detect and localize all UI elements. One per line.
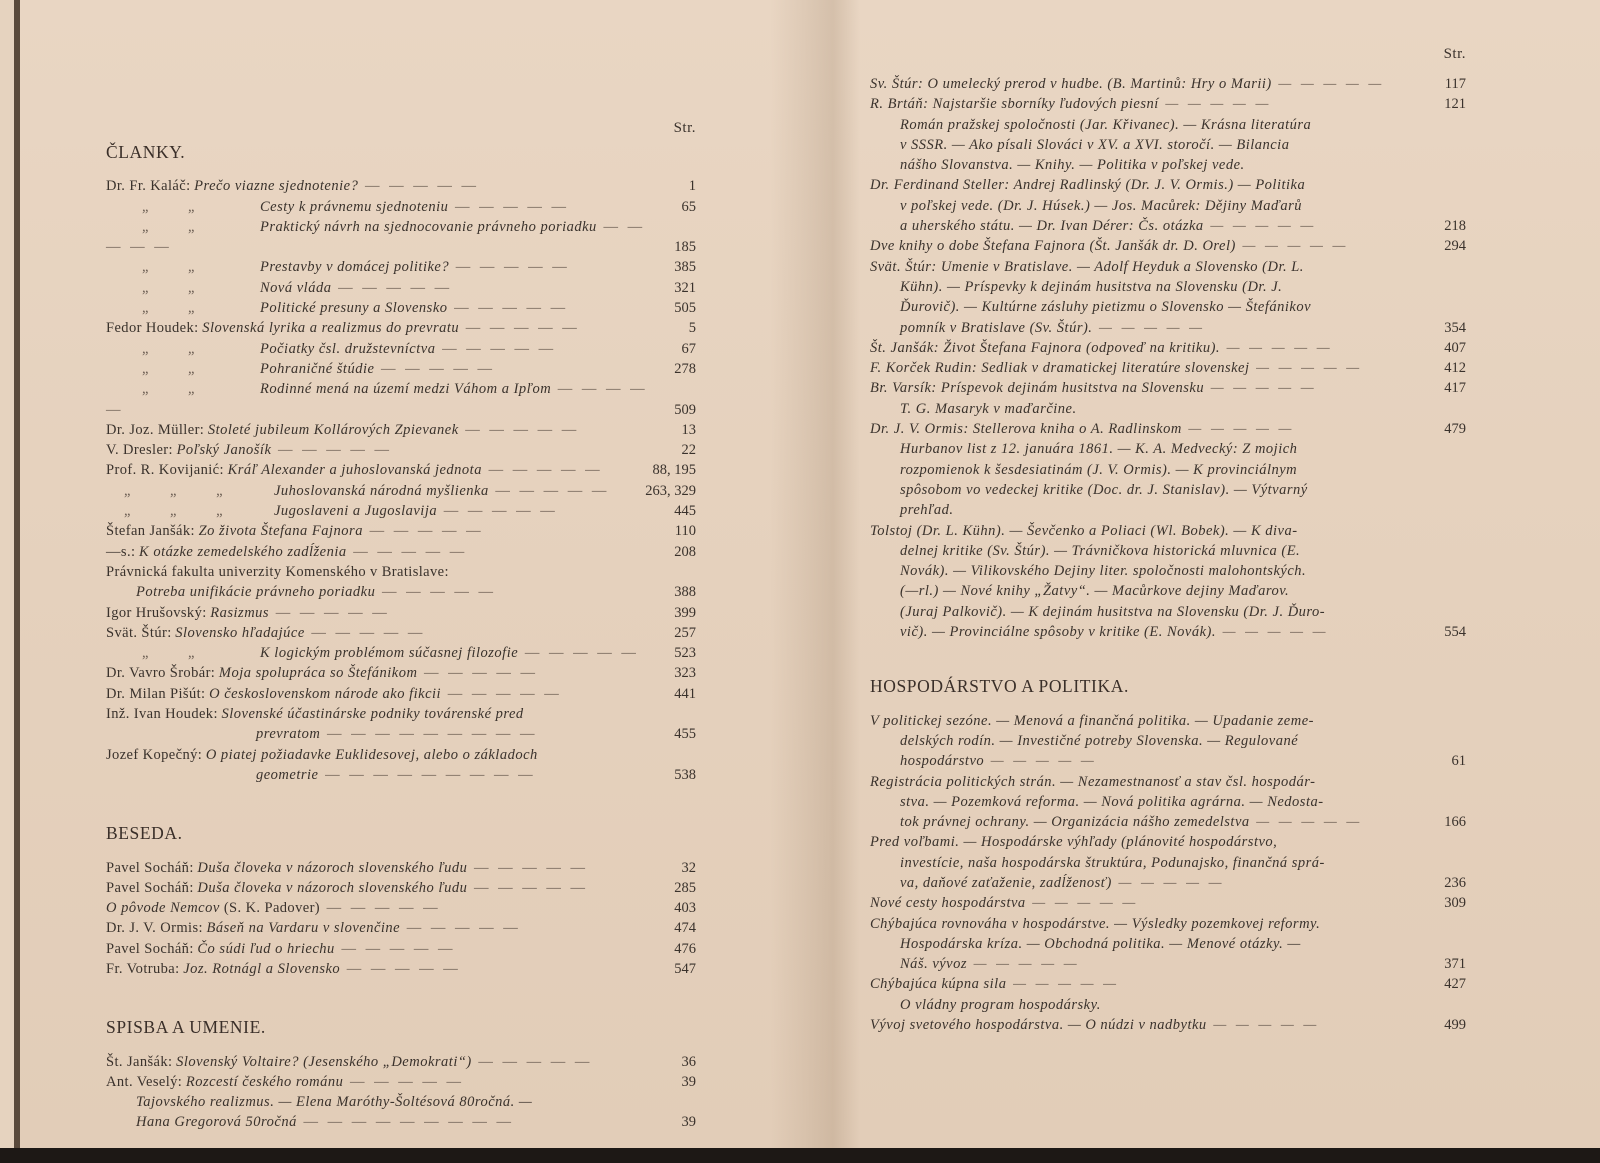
entry-page-number: 371: [1432, 954, 1466, 974]
entry-line: Ďurovič). — Kultúrne zásluhy pietizmu o …: [870, 297, 1432, 317]
entry-line: hospodárstvo — — — — —: [870, 751, 1432, 771]
page-bottom-edge: [0, 1148, 1600, 1163]
page-column-label: Str.: [870, 44, 1466, 64]
entry-line: pomník v Bratislave (Sv. Štúr). — — — — …: [870, 318, 1432, 338]
dash-leader: — — — — —: [1112, 875, 1225, 891]
entry-text: O pôvode Nemcov (S. K. Padover) — — — — …: [106, 898, 662, 918]
entry-text: Dr. J. V. Ormis: Báseň na Vardaru v slov…: [106, 918, 662, 938]
toc-entry: Dr. Vavro Šrobár: Moja spolupráca so Šte…: [106, 663, 696, 683]
entry-text: Ant. Veselý: Rozcestí českého románu — —…: [106, 1072, 662, 1092]
entry-text: Dr. Milan Pišút: O československom národ…: [106, 684, 662, 704]
entry-line: (—rl.) — Nové knihy „Žatvy“. — Macůrkove…: [870, 581, 1432, 601]
entry-first-line: „ „ „Juhoslovanská národná myšlienka — —…: [106, 481, 645, 501]
entry-page-number: 117: [1432, 74, 1466, 94]
toc-entry: Št. Janšák: Slovenský Voltaire? (Jesensk…: [106, 1052, 696, 1072]
entry-title: Stoleté jubileum Kollárových Zpievanek: [208, 422, 459, 438]
dash-leader: — — — — —: [489, 483, 610, 499]
toc-entry: „ „ „Juhoslovanská národná myšlienka — —…: [106, 481, 696, 501]
toc-entry: Tajovského realizmus. — Elena Maróthy-Šo…: [106, 1092, 696, 1133]
entry-first-line: „ „ „Jugoslaveni a Jugoslavija — — — — —: [106, 501, 662, 521]
toc-entry: Nové cesty hospodárstva — — — — —309: [870, 893, 1466, 913]
entry-title: Joz. Rotnágl a Slovensko: [183, 961, 340, 977]
entry-text: Št. Janšák: Slovenský Voltaire? (Jesensk…: [106, 1052, 662, 1072]
entry-first-line: „ „Počiatky čsl. družstevníctva — — — — …: [106, 339, 662, 359]
entry-text: Fr. Votruba: Joz. Rotnágl a Slovensko — …: [106, 959, 662, 979]
ditto-mark: „ „: [106, 379, 260, 399]
entry-first-line: „ „Politické presuny a Slovensko — — — —…: [106, 298, 662, 318]
entry-author: Jozef Kopečný:: [106, 747, 202, 763]
dash-leader: — — — — —: [320, 900, 441, 916]
entry-title: Prečo viazne sjednotenie?: [194, 178, 358, 194]
dash-leader: — — — — —: [1026, 895, 1139, 911]
entry-text: Dr. Fr. Kaláč: Prečo viazne sjednotenie?…: [106, 176, 662, 196]
toc-entry: Dr. Joz. Müller: Stoleté jubileum Kollár…: [106, 420, 696, 440]
entry-text: Nové cesty hospodárstva — — — — —: [870, 893, 1432, 913]
entry-page-number: 323: [662, 663, 696, 683]
toc-entry: Sv. Štúr: O umelecký prerod v hudbe. (B.…: [870, 74, 1466, 94]
dash-leader: — — — — —: [984, 753, 1097, 769]
entry-page-number: 36: [662, 1052, 696, 1072]
entry-page-number: 65: [662, 197, 696, 217]
dash-leader: — — — — —: [1250, 360, 1363, 376]
entry-line: Hospodárska kríza. — Obchodná politika. …: [870, 934, 1432, 954]
entry-title: Tajovského realizmus. — Elena Maróthy-Šo…: [136, 1094, 532, 1110]
entry-page-number: 218: [1432, 216, 1466, 236]
entry-first-line: „ „Pohraničné štúdie — — — — —: [106, 359, 662, 379]
dash-leader: — — — — —: [331, 280, 452, 296]
entry-text: „ „K logickým problémom súčasnej filozof…: [106, 643, 662, 663]
entry-author: Svät. Štúr:: [106, 625, 172, 641]
entry-text: T. G. Masaryk v maďarčine.: [870, 399, 1432, 419]
entry-page-number: 278: [662, 359, 696, 379]
entry-first-line: Štefan Janšák: Zo života Štefana Fajnora…: [106, 521, 662, 541]
entry-text: V politickej sezóne. — Menová a finančná…: [870, 711, 1432, 772]
entry-title: O piatej požiadavke Euklidesovej, alebo …: [206, 747, 538, 763]
entry-text: Inž. Ivan Houdek: Slovenské účastinárske…: [106, 704, 662, 745]
entry-title: Báseň na Vardaru v slovenčine: [207, 920, 401, 936]
entry-line: nášho Slovanstva. — Knihy. — Politika v …: [870, 155, 1432, 175]
entry-author: Dr. Joz. Müller:: [106, 422, 204, 438]
entry-page-number: 208: [662, 542, 696, 562]
toc-entry: Igor Hrušovský: Rasizmus — — — — —399: [106, 603, 696, 623]
entry-title: Politické presuny a Slovensko: [260, 300, 448, 316]
entry-first-line: Pavel Socháň: Duša človeka v názoroch sl…: [106, 878, 662, 898]
entry-title: Rozcestí českého románu: [186, 1074, 344, 1090]
entry-line: rozpomienok k šesdesiatinám (J. V. Ormis…: [870, 460, 1432, 480]
entry-line: Dr. Ferdinand Steller: Andrej Radlinský …: [870, 175, 1432, 195]
entry-title: Prestavby v domácej politike?: [260, 259, 449, 275]
entry-line: tok právnej ochrany. — Organizácia nášho…: [870, 812, 1432, 832]
toc-entry: Br. Varsík: Príspevok dejinám husitstva …: [870, 378, 1466, 398]
entry-title: Slovensko hľadajúce: [175, 625, 305, 641]
entry-author: Právnická fakulta univerzity Komenského …: [106, 564, 449, 580]
dash-leader: — — — — —: [358, 178, 479, 194]
dash-leader: — — — — —: [269, 605, 390, 621]
toc-entry: Dve knihy o dobe Štefana Fajnora (Št. Ja…: [870, 236, 1466, 256]
dash-leader: — — — — —: [340, 961, 461, 977]
dash-leader: — — — — — — — — —: [318, 767, 535, 783]
toc-entry: Svät. Štúr: Umenie v Bratislave. — Adolf…: [870, 257, 1466, 338]
entry-line: v poľskej vede. (Dr. J. Húsek.) — Jos. M…: [870, 196, 1432, 216]
toc-entry: Dr. J. V. Ormis: Báseň na Vardaru v slov…: [106, 918, 696, 938]
entry-text: —s.: K otázke zemedelského zadĺženia — —…: [106, 542, 662, 562]
section-clanky: Dr. Fr. Kaláč: Prečo viazne sjednotenie?…: [106, 176, 696, 785]
entry-line: v SSSR. — Ako písali Slováci v XV. a XVI…: [870, 135, 1432, 155]
entry-first-line: O pôvode Nemcov (S. K. Padover) — — — — …: [106, 898, 662, 918]
entry-page-number: 523: [662, 643, 696, 663]
entry-page-number: 285: [662, 878, 696, 898]
entry-text: Jozef Kopečný: O piatej požiadavke Eukli…: [106, 745, 662, 786]
dash-leader: — — — — —: [435, 341, 556, 357]
dash-leader: — — — — —: [335, 941, 456, 957]
dash-leader: — — — — —: [448, 199, 569, 215]
ditto-mark: „ „: [106, 257, 260, 277]
entry-page-number: 67: [662, 339, 696, 359]
left-page: Str. ČLANKY. Dr. Fr. Kaláč: Prečo viazne…: [14, 0, 810, 1150]
entry-line: R. Brtáň: Najstaršie sborníky ľudových p…: [870, 94, 1432, 114]
entry-first-line: V. Dresler: Poľský Janošík — — — — —: [106, 440, 662, 460]
entry-first-line: Prof. R. Kovijanić: Kráľ Alexander a juh…: [106, 460, 653, 480]
entry-text: Pred voľbami. — Hospodárske výhľady (plá…: [870, 832, 1432, 893]
entry-first-line: „ „Nová vláda — — — — —: [106, 278, 662, 298]
entry-line: Svät. Štúr: Umenie v Bratislave. — Adolf…: [870, 257, 1432, 277]
entry-text: Dr. Ferdinand Steller: Andrej Radlinský …: [870, 175, 1432, 236]
entry-first-line: Svät. Štúr: Slovensko hľadajúce — — — — …: [106, 623, 662, 643]
entry-title-cont: geometrie: [256, 767, 318, 783]
entry-text: Registrácia politických strán. — Nezames…: [870, 772, 1432, 833]
entry-page-number: 354: [1432, 318, 1466, 338]
entry-author: Štefan Janšák:: [106, 523, 195, 539]
ditto-mark: „ „: [106, 359, 260, 379]
entry-page-number: 88, 195: [653, 460, 697, 480]
entry-title: Praktický návrh na sjednocovanie právneh…: [260, 219, 597, 235]
entry-line: Br. Varsík: Príspevok dejinám husitstva …: [870, 378, 1432, 398]
dash-leader: — — — — —: [343, 1074, 464, 1090]
entry-author: Fr. Votruba:: [106, 961, 180, 977]
entry-first-line: Pavel Socháň: Čo súdi ľud o hriechu — — …: [106, 939, 662, 959]
ditto-mark: „ „ „: [106, 481, 274, 501]
entry-text: Br. Varsík: Príspevok dejinám husitstva …: [870, 378, 1432, 398]
entry-page-number: 13: [662, 420, 696, 440]
entry-line: F. Korček Rudin: Sedliak v dramatickej l…: [870, 358, 1432, 378]
entry-first-line: Dr. J. V. Ormis: Báseň na Vardaru v slov…: [106, 918, 662, 938]
entry-page-number: 474: [662, 918, 696, 938]
toc-entry: V. Dresler: Poľský Janošík — — — — —22: [106, 440, 696, 460]
ditto-mark: „ „ „: [106, 501, 274, 521]
entry-text: Tolstoj (Dr. L. Kühn). — Ševčenko a Poli…: [870, 521, 1432, 643]
entry-first-line: Dr. Fr. Kaláč: Prečo viazne sjednotenie?…: [106, 176, 662, 196]
entry-first-line: „ „Rodinné mená na území medzi Váhom a I…: [106, 379, 662, 420]
entry-author: Dr. Vavro Šrobár:: [106, 665, 215, 681]
toc-entry: Pred voľbami. — Hospodárske výhľady (plá…: [870, 832, 1466, 893]
entry-line: Náš. vývoz — — — — —: [870, 954, 1432, 974]
entry-title: Čo súdi ľud o hriechu: [197, 941, 334, 957]
entry-title: Nová vláda: [260, 280, 331, 296]
toc-entry: „ „Nová vláda — — — — —321: [106, 278, 696, 298]
toc-entry: Vývoj svetového hospodárstva. — O núdzi …: [870, 1015, 1466, 1035]
entry-text: Pavel Socháň: Duša človeka v názoroch sl…: [106, 858, 662, 878]
dash-leader: — — — — —: [1250, 814, 1363, 830]
entry-page-number: 110: [662, 521, 696, 541]
entry-text: „ „Rodinné mená na území medzi Váhom a I…: [106, 379, 662, 420]
toc-entry: Chýbajúca kúpna sila — — — — —427: [870, 974, 1466, 994]
entry-title: Cesty k právnemu sjednoteniu: [260, 199, 448, 215]
left-column: Str. ČLANKY. Dr. Fr. Kaláč: Prečo viazne…: [106, 118, 696, 1133]
entry-page-number: 385: [662, 257, 696, 277]
toc-entry: Hurbanov list z 12. januára 1861. — K. A…: [870, 439, 1466, 520]
entry-text: Dr. Joz. Müller: Stoleté jubileum Kollár…: [106, 420, 662, 440]
dash-leader: — — — — —: [448, 300, 569, 316]
entry-text: „ „Prestavby v domácej politike? — — — —…: [106, 257, 662, 277]
dash-leader: — — — — —: [482, 462, 603, 478]
entry-title: Zo života Štefana Fajnora: [199, 523, 363, 539]
entry-text: Svät. Štúr: Umenie v Bratislave. — Adolf…: [870, 257, 1432, 338]
section-spisba-continued: Sv. Štúr: O umelecký prerod v hudbe. (B.…: [870, 74, 1466, 642]
dash-leader: — — — — —: [467, 860, 588, 876]
entry-author: Dr. Milan Pišút:: [106, 686, 205, 702]
toc-entry: „ „Cesty k právnemu sjednoteniu — — — — …: [106, 197, 696, 217]
section-title-clanky: ČLANKY.: [106, 142, 696, 162]
dash-leader: — — — — —: [1204, 380, 1317, 396]
book-spread: Str. ČLANKY. Dr. Fr. Kaláč: Prečo viazne…: [0, 0, 1600, 1163]
toc-entry: Prof. R. Kovijanić: Kráľ Alexander a juh…: [106, 460, 696, 480]
toc-entry: „ „Prestavby v domácej politike? — — — —…: [106, 257, 696, 277]
entry-page-number: 32: [662, 858, 696, 878]
entry-first-line: Inž. Ivan Houdek: Slovenské účastinárske…: [106, 704, 662, 724]
entry-author: —s.:: [106, 544, 135, 560]
entry-text: „ „Cesty k právnemu sjednoteniu — — — — …: [106, 197, 662, 217]
dash-leader: — — — — —: [1159, 96, 1272, 112]
entry-title: Pohraničné štúdie: [260, 361, 374, 377]
entry-title-line: Potreba unifikácie právneho poriadku — —…: [106, 582, 662, 602]
entry-line: stva. — Pozemková reforma. — Nová politi…: [870, 792, 1432, 812]
entry-page-number: 1: [662, 176, 696, 196]
entry-first-line: Igor Hrušovský: Rasizmus — — — — —: [106, 603, 662, 623]
page-column-label: Str.: [106, 118, 696, 138]
toc-entry: Chýbajúca rovnováha v hospodárstve. — Vý…: [870, 914, 1466, 975]
entry-author: Dr. J. V. Ormis:: [106, 920, 203, 936]
entry-page-number: 445: [662, 501, 696, 521]
toc-entry: Svät. Štúr: Slovensko hľadajúce — — — — …: [106, 623, 696, 643]
entry-title: Kráľ Alexander a juhoslovanská jednota: [228, 462, 482, 478]
entry-line: Vývoj svetového hospodárstva. — O núdzi …: [870, 1015, 1432, 1035]
dash-leader: — — — — —: [347, 544, 468, 560]
entry-line: vič). — Provinciálne spôsoby v kritike (…: [870, 622, 1432, 642]
toc-entry: F. Korček Rudin: Sedliak v dramatickej l…: [870, 358, 1466, 378]
entry-line: Št. Janšák: Život Štefana Fajnora (odpov…: [870, 338, 1432, 358]
entry-line: (Juraj Palkovič). — K dejinám husitstva …: [870, 602, 1432, 622]
entry-page-number: 166: [1432, 812, 1466, 832]
entry-text: V. Dresler: Poľský Janošík — — — — —: [106, 440, 662, 460]
entry-title: Počiatky čsl. družstevníctva: [260, 341, 435, 357]
entry-first-line: „ „Praktický návrh na sjednocovanie práv…: [106, 217, 662, 258]
entry-text: F. Korček Rudin: Sedliak v dramatickej l…: [870, 358, 1432, 378]
entry-text: Hurbanov list z 12. januára 1861. — K. A…: [870, 439, 1432, 520]
dash-leader: — — — — —: [441, 686, 562, 702]
entry-first-line: „ „Cesty k právnemu sjednoteniu — — — — …: [106, 197, 662, 217]
entry-title: Slovenský Voltaire? (Jesenského „Demokra…: [176, 1054, 472, 1070]
entry-page-number: 294: [1432, 236, 1466, 256]
entry-line: Román pražskej spoločnosti (Jar. Křivane…: [870, 115, 1432, 135]
toc-entry: Štefan Janšák: Zo života Štefana Fajnora…: [106, 521, 696, 541]
book-gutter: [770, 0, 860, 1150]
dash-leader: — — — — —: [449, 259, 570, 275]
entry-text: „ „ „Juhoslovanská národná myšlienka — —…: [106, 481, 645, 501]
entry-text: Pavel Socháň: Duša človeka v názoroch sl…: [106, 878, 662, 898]
toc-entry: Román pražskej spoločnosti (Jar. Křivane…: [870, 115, 1466, 176]
entry-author: Pavel Socháň:: [106, 860, 194, 876]
entry-author: Št. Janšák:: [106, 1054, 172, 1070]
entry-line: Tolstoj (Dr. L. Kühn). — Ševčenko a Poli…: [870, 521, 1432, 541]
section-title-hospodarstvo: HOSPODÁRSTVO A POLITIKA.: [870, 676, 1466, 696]
entry-author: Fedor Houdek:: [106, 320, 199, 336]
entry-text: „ „Pohraničné štúdie — — — — —: [106, 359, 662, 379]
dash-leader: — — — — —: [518, 645, 639, 661]
section-title-beseda: BESEDA.: [106, 823, 696, 843]
entry-line: Nové cesty hospodárstva — — — — —: [870, 893, 1432, 913]
entry-line: Sv. Štúr: O umelecký prerod v hudbe. (B.…: [870, 74, 1432, 94]
right-page: Str. Sv. Štúr: O umelecký prerod v hudbe…: [804, 0, 1600, 1150]
ditto-mark: „ „: [106, 217, 260, 237]
dash-leader: — — — — —: [1204, 218, 1317, 234]
dash-leader: — — — — —: [459, 422, 580, 438]
entry-line: Novák). — Vilikovského Dejiny liter. spo…: [870, 561, 1432, 581]
toc-entry: „ „Praktický návrh na sjednocovanie práv…: [106, 217, 696, 258]
section-title-spisba: SPISBA A UMENIE.: [106, 1017, 696, 1037]
entry-page-number: 509: [662, 400, 696, 420]
toc-entry: „ „Politické presuny a Slovensko — — — —…: [106, 298, 696, 318]
entry-text: Tajovského realizmus. — Elena Maróthy-Šo…: [106, 1092, 662, 1133]
entry-title: O československom národe ako fikcii: [209, 686, 441, 702]
entry-page-number: 455: [662, 724, 696, 744]
entry-title: Moja spolupráca so Štefánikom: [219, 665, 418, 681]
entry-page-number: 263, 329: [645, 481, 696, 501]
entry-line: delských rodín. — Investičné potreby Slo…: [870, 731, 1432, 751]
entry-text: Prof. R. Kovijanić: Kráľ Alexander a juh…: [106, 460, 653, 480]
toc-entry: Inž. Ivan Houdek: Slovenské účastinárske…: [106, 704, 696, 745]
dash-leader: — — — — —: [374, 361, 495, 377]
entry-first-line: Tajovského realizmus. — Elena Maróthy-Šo…: [106, 1092, 662, 1112]
entry-line: spôsobom vo vedeckej kritike (Doc. dr. J…: [870, 480, 1432, 500]
section-hospodarstvo-a-politika: V politickej sezóne. — Menová a finančná…: [870, 711, 1466, 1036]
entry-text: „ „Nová vláda — — — — —: [106, 278, 662, 298]
toc-entry: „ „Počiatky čsl. družstevníctva — — — — …: [106, 339, 696, 359]
toc-entry: Pavel Socháň: Duša človeka v názoroch sl…: [106, 878, 696, 898]
entry-author: Pavel Socháň:: [106, 941, 194, 957]
entry-title: Juhoslovanská národná myšlienka: [274, 483, 489, 499]
entry-line: Kühn). — Príspevky k dejinám husitstva n…: [870, 277, 1432, 297]
section-beseda: Pavel Socháň: Duša človeka v názoroch sl…: [106, 858, 696, 980]
entry-title: Duša človeka v názoroch slovenského ľudu: [197, 880, 467, 896]
toc-entry: V politickej sezóne. — Menová a finančná…: [870, 711, 1466, 772]
entry-page-number: 321: [662, 278, 696, 298]
entry-title: Slovenská lyrika a realizmus do prevratu: [202, 320, 459, 336]
entry-line: prehľad.: [870, 500, 1432, 520]
entry-page-number: 441: [662, 684, 696, 704]
dash-leader: — — — — —: [1236, 238, 1349, 254]
entry-first-line: Dr. Milan Pišút: O československom národ…: [106, 684, 662, 704]
toc-entry: „ „K logickým problémom súčasnej filozof…: [106, 643, 696, 663]
entry-title: Jugoslaveni a Jugoslavija: [274, 503, 437, 519]
dash-leader: — — — — —: [305, 625, 426, 641]
dash-leader: — — — — —: [1182, 421, 1295, 437]
entry-page-number: 39: [662, 1112, 696, 1132]
toc-entry: Tolstoj (Dr. L. Kühn). — Ševčenko a Poli…: [870, 521, 1466, 643]
entry-page-number: 412: [1432, 358, 1466, 378]
entry-page-number: 236: [1432, 873, 1466, 893]
dash-leader: — — — — —: [472, 1054, 593, 1070]
entry-page-number: 61: [1432, 751, 1466, 771]
entry-line: O vládny program hospodársky.: [870, 995, 1432, 1015]
entry-text: O vládny program hospodársky.: [870, 995, 1432, 1015]
entry-first-line: „ „K logickým problémom súčasnej filozof…: [106, 643, 662, 663]
entry-page-number: 257: [662, 623, 696, 643]
entry-title: Poľský Janošík: [177, 442, 272, 458]
entry-author: Pavel Socháň:: [106, 880, 194, 896]
entry-line: Chýbajúca kúpna sila — — — — —: [870, 974, 1432, 994]
entry-text: Sv. Štúr: O umelecký prerod v hudbe. (B.…: [870, 74, 1432, 94]
entry-title-continued: geometrie — — — — — — — — —: [106, 765, 662, 785]
entry-line: investície, naša hospodárska štruktúra, …: [870, 853, 1432, 873]
entry-page-number: 5: [662, 318, 696, 338]
entry-page-number: 399: [662, 603, 696, 623]
entry-line: Dve knihy o dobe Štefana Fajnora (Št. Ja…: [870, 236, 1432, 256]
entry-text: R. Brtáň: Najstaršie sborníky ľudových p…: [870, 94, 1432, 114]
toc-entry: Fedor Houdek: Slovenská lyrika a realizm…: [106, 318, 696, 338]
entry-text: Chýbajúca rovnováha v hospodárstve. — Vý…: [870, 914, 1432, 975]
entry-page-number: 499: [1432, 1015, 1466, 1035]
entry-line: delnej kritike (Sv. Štúr). — Trávničkova…: [870, 541, 1432, 561]
entry-text: Dr. J. V. Ormis: Stellerova kniha o A. R…: [870, 419, 1432, 439]
entry-author: V. Dresler:: [106, 442, 173, 458]
ditto-mark: „ „: [106, 643, 260, 663]
toc-entry: Pavel Socháň: Duša človeka v názoroch sl…: [106, 858, 696, 878]
entry-line: Hurbanov list z 12. januára 1861. — K. A…: [870, 439, 1432, 459]
entry-page-number: 417: [1432, 378, 1466, 398]
entry-text: Pavel Socháň: Čo súdi ľud o hriechu — — …: [106, 939, 662, 959]
toc-entry: T. G. Masaryk v maďarčine.: [870, 399, 1466, 419]
ditto-mark: „ „: [106, 278, 260, 298]
entry-title: K otázke zemedelského zadĺženia: [139, 544, 347, 560]
dash-leader: — — — — —: [1220, 340, 1333, 356]
entry-text: „ „Politické presuny a Slovensko — — — —…: [106, 298, 662, 318]
dash-leader: — — — — —: [271, 442, 392, 458]
entry-text: Dr. Vavro Šrobár: Moja spolupráca so Šte…: [106, 663, 662, 683]
toc-entry: Dr. Milan Pišút: O československom národ…: [106, 684, 696, 704]
entry-text: Vývoj svetového hospodárstva. — O núdzi …: [870, 1015, 1432, 1035]
toc-entry: R. Brtáň: Najstaršie sborníky ľudových p…: [870, 94, 1466, 114]
entry-page-number: 547: [662, 959, 696, 979]
entry-page-number: 403: [662, 898, 696, 918]
entry-author: Ant. Veselý:: [106, 1074, 182, 1090]
entry-first-line: Právnická fakulta univerzity Komenského …: [106, 562, 662, 582]
entry-line: T. G. Masaryk v maďarčine.: [870, 399, 1432, 419]
toc-entry: Pavel Socháň: Čo súdi ľud o hriechu — — …: [106, 939, 696, 959]
dash-leader: — — — — —: [459, 320, 580, 336]
entry-title: Rodinné mená na území medzi Váhom a Ipľo…: [260, 381, 551, 397]
toc-entry: „ „ „Jugoslaveni a Jugoslavija — — — — —…: [106, 501, 696, 521]
entry-author: Igor Hrušovský:: [106, 605, 207, 621]
dash-leader: — — — — —: [967, 956, 1080, 972]
entry-title: O pôvode Nemcov: [106, 900, 220, 916]
dash-leader: — — — — —: [437, 503, 558, 519]
entry-author: Inž. Ivan Houdek:: [106, 706, 218, 722]
entry-author: Dr. Fr. Kaláč:: [106, 178, 191, 194]
entry-line: Dr. J. V. Ormis: Stellerova kniha o A. R…: [870, 419, 1432, 439]
entry-page-number: 121: [1432, 94, 1466, 114]
entry-line: Pred voľbami. — Hospodárske výhľady (plá…: [870, 832, 1432, 852]
toc-entry: Fr. Votruba: Joz. Rotnágl a Slovensko — …: [106, 959, 696, 979]
